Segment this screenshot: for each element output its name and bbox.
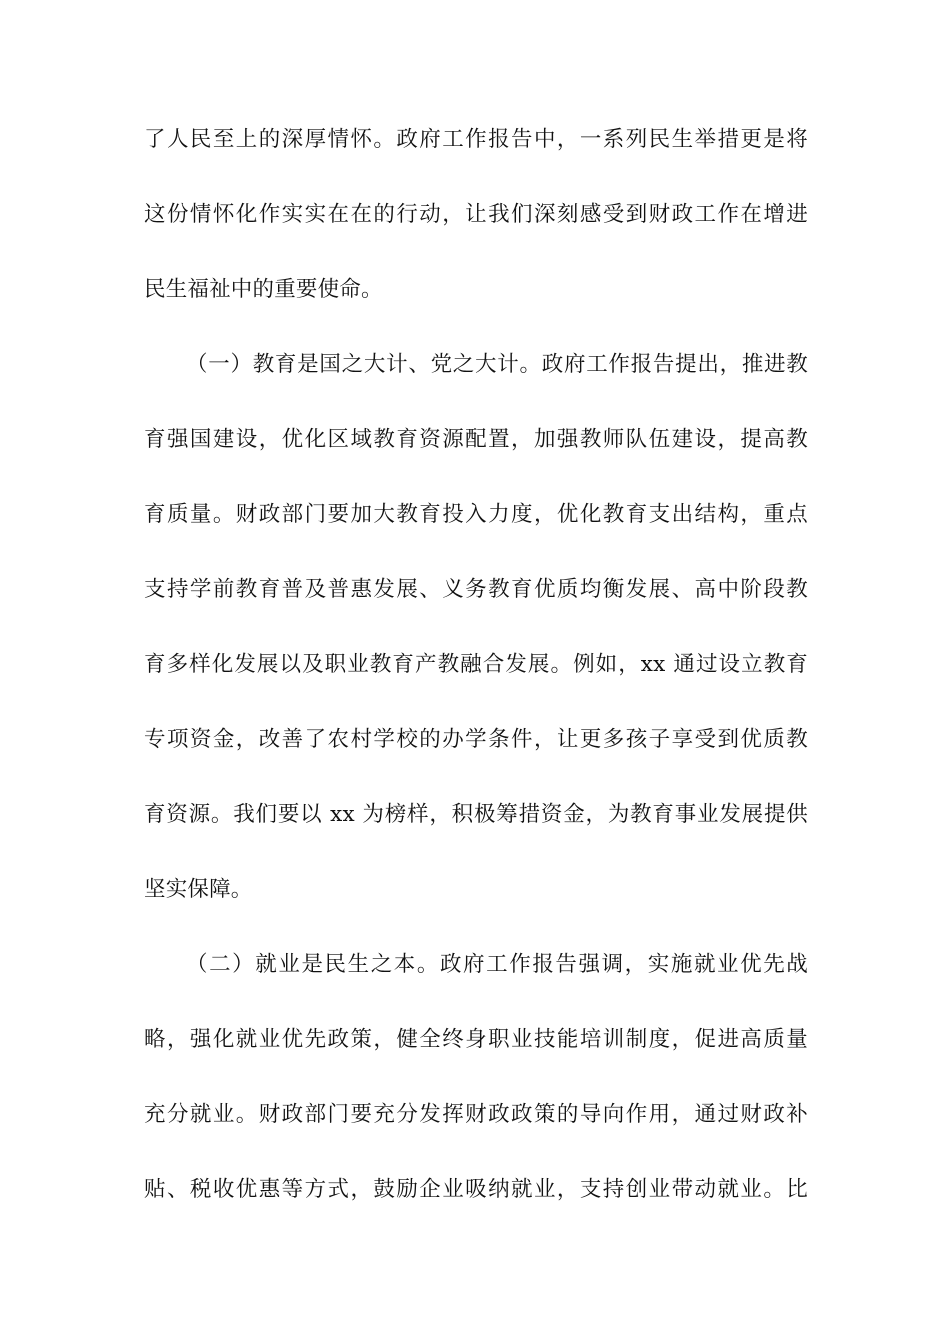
section-heading-employment: （二）就业是民生之本。政府工作报告强调，实施就业优先战 (186, 950, 808, 980)
paragraph-line: 略，强化就业优先政策，健全终身职业技能培训制度，促进高质量 (144, 1025, 808, 1055)
paragraph-line: 育强国建设，优化区域教育资源配置，加强教师队伍建设，提高教 (144, 425, 808, 455)
section-heading-education: （一）教育是国之大计、党之大计。政府工作报告提出，推进教 (186, 350, 808, 380)
paragraph-line: 育多样化发展以及职业教育产教融合发展。例如，xx 通过设立教育 (144, 650, 808, 680)
paragraph-line: 支持学前教育普及普惠发展、义务教育优质均衡发展、高中阶段教 (144, 575, 808, 605)
paragraph-line: 贴、税收优惠等方式，鼓励企业吸纳就业，支持创业带动就业。比 (144, 1175, 808, 1205)
paragraph-line: 了人民至上的深厚情怀。政府工作报告中，一系列民生举措更是将 (144, 125, 808, 155)
paragraph-line: 专项资金，改善了农村学校的办学条件，让更多孩子享受到优质教 (144, 725, 808, 755)
paragraph-line: 这份情怀化作实实在在的行动，让我们深刻感受到财政工作在增进 (144, 200, 808, 230)
paragraph-line: 坚实保障。 (144, 875, 808, 905)
paragraph-line: 育质量。财政部门要加大教育投入力度，优化教育支出结构，重点 (144, 500, 808, 530)
paragraph-line: 充分就业。财政部门要充分发挥财政政策的导向作用，通过财政补 (144, 1100, 808, 1130)
paragraph-line: 育资源。我们要以 xx 为榜样，积极筹措资金，为教育事业发展提供 (144, 800, 808, 830)
paragraph-line: 民生福祉中的重要使命。 (144, 275, 808, 305)
document-page: 了人民至上的深厚情怀。政府工作报告中，一系列民生举措更是将 这份情怀化作实实在在… (0, 0, 950, 1344)
